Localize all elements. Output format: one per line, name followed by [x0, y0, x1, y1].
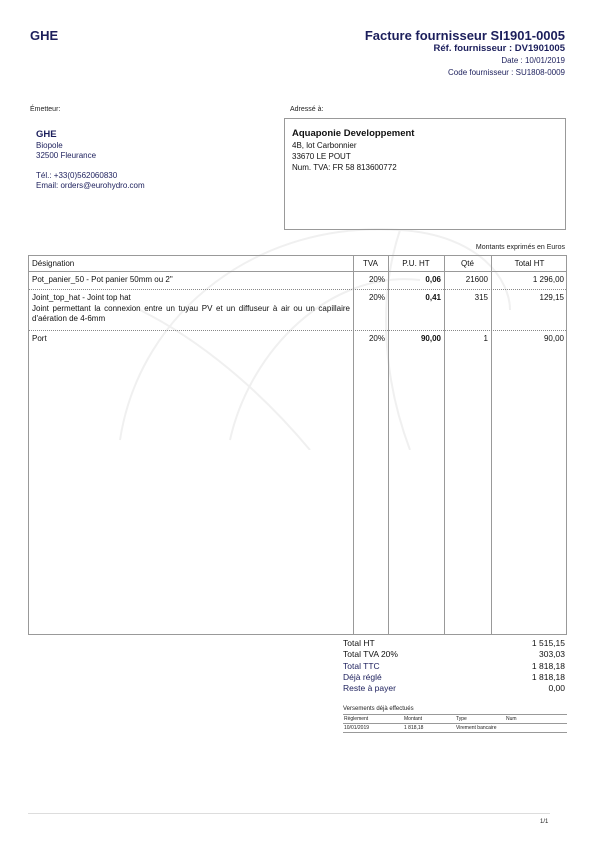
row-designation-block: Joint_top_hat - Joint top hat Joint perm…	[32, 293, 350, 325]
row-total: 90,00	[491, 334, 564, 345]
payment-row: 10/01/2019 1 818,18 Virement bancaire	[343, 724, 567, 732]
row-vat: 20%	[353, 334, 385, 345]
header-unit-price: P.U. HT	[388, 259, 444, 270]
total-value: 0,00	[548, 683, 565, 694]
currency-note: Montants exprimés en Euros	[476, 244, 565, 251]
total-value: 1 515,15	[532, 638, 565, 649]
emitter-email: Email: orders@eurohydro.com	[36, 181, 145, 191]
payments-header-num: Num	[506, 715, 517, 723]
invoice-lines-table: Désignation TVA P.U. HT Qté Total HT Pot…	[28, 255, 567, 635]
totals-block: Total HT 1 515,15 Total TVA 20% 303,03 T…	[343, 638, 565, 694]
row-designation: Pot_panier_50 - Pot panier 50mm ou 2"	[32, 275, 350, 286]
row-unit-price: 0,41	[388, 293, 441, 304]
payments-table: Règlement Montant Type Num 10/01/2019 1 …	[343, 714, 567, 733]
table-row: Joint_top_hat - Joint top hat Joint perm…	[29, 290, 566, 331]
recipient-city: 33670 LE POUT	[292, 151, 565, 162]
payments-title: Versements déjà effectués	[343, 706, 567, 712]
recipient-vat-number: Num. TVA: FR 58 813600772	[292, 162, 565, 173]
row-unit-price: 0,06	[388, 275, 441, 286]
row-total: 129,15	[491, 293, 564, 304]
payment-type: Virement bancaire	[456, 724, 546, 732]
recipient-box: Aquaponie Developpement 4B, lot Carbonni…	[284, 118, 566, 230]
row-unit-price: 90,00	[388, 334, 441, 345]
total-label: Total HT	[343, 638, 375, 649]
already-paid-row: Déjà réglé 1 818,18	[343, 672, 565, 683]
emitter-name: GHE	[36, 128, 145, 141]
total-ttc-row: Total TTC 1 818,18	[343, 661, 565, 672]
header-qty: Qté	[444, 259, 491, 270]
emitter-address-line: Biopole	[36, 141, 145, 151]
row-designation: Port	[32, 334, 350, 345]
total-value: 1 818,18	[532, 661, 565, 672]
table-header-row: Désignation TVA P.U. HT Qté Total HT	[29, 256, 566, 272]
row-total: 1 296,00	[491, 275, 564, 286]
row-vat: 20%	[353, 275, 385, 286]
total-label: Déjà réglé	[343, 672, 382, 683]
header-vat: TVA	[353, 259, 388, 270]
supplier-code: Code fournisseur : SU1808-0009	[365, 67, 565, 79]
payment-date: 10/01/2019	[343, 724, 404, 732]
row-qty: 315	[444, 293, 488, 304]
total-value: 303,03	[539, 649, 565, 660]
page-number: 1/1	[540, 819, 548, 825]
payment-amount: 1 818,18	[404, 724, 456, 732]
invoice-header: Facture fournisseur SI1901-0005 Réf. fou…	[365, 28, 565, 79]
footer-divider	[28, 813, 550, 814]
row-vat: 20%	[353, 293, 385, 304]
payments-header-type: Type	[456, 715, 506, 723]
total-ht-row: Total HT 1 515,15	[343, 638, 565, 649]
payments-header-amount: Montant	[404, 715, 456, 723]
payments-section: Versements déjà effectués Règlement Mont…	[343, 706, 567, 733]
remaining-row: Reste à payer 0,00	[343, 683, 565, 694]
recipient-label: Adressé à:	[290, 106, 323, 113]
payments-header-date: Règlement	[343, 715, 404, 723]
total-label: Total TTC	[343, 661, 380, 672]
row-qty: 21600	[444, 275, 488, 286]
emitter-address: GHE Biopole 32500 Fleurance Tél.: +33(0)…	[36, 128, 145, 191]
row-description: Joint permettant la connexion entre un t…	[32, 304, 350, 325]
table-row: Port 20% 90,00 1 90,00	[29, 331, 566, 631]
recipient-name: Aquaponie Developpement	[292, 128, 565, 140]
emitter-phone: Tél.: +33(0)562060830	[36, 171, 145, 181]
payments-header-row: Règlement Montant Type Num	[343, 715, 567, 724]
invoice-title: Facture fournisseur SI1901-0005	[365, 28, 565, 43]
total-value: 1 818,18	[532, 672, 565, 683]
total-label: Total TVA 20%	[343, 649, 398, 660]
row-designation: Joint_top_hat - Joint top hat	[32, 293, 350, 304]
invoice-date: Date : 10/01/2019	[365, 55, 565, 67]
table-row: Pot_panier_50 - Pot panier 50mm ou 2" 20…	[29, 272, 566, 290]
supplier-reference: Réf. fournisseur : DV1901005	[365, 43, 565, 55]
header-designation: Désignation	[32, 259, 74, 270]
header-total: Total HT	[491, 259, 568, 270]
total-label: Reste à payer	[343, 683, 396, 694]
emitter-city: 32500 Fleurance	[36, 151, 145, 161]
row-qty: 1	[444, 334, 488, 345]
recipient-address-line: 4B, lot Carbonnier	[292, 140, 565, 151]
total-vat-row: Total TVA 20% 303,03	[343, 649, 565, 660]
emitter-label: Émetteur:	[30, 106, 60, 113]
company-name: GHE	[30, 28, 58, 43]
